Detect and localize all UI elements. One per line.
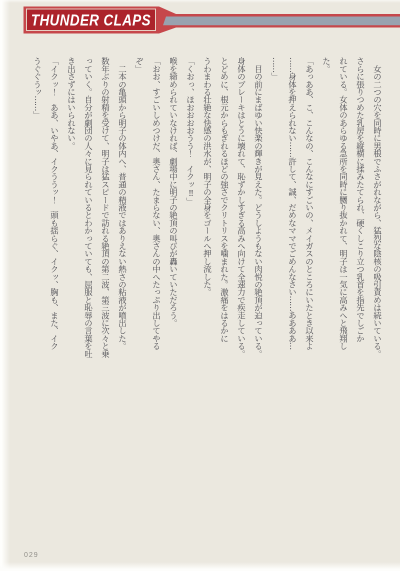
- text-column: 「くおっ、ほおおおおうう！ イクッ‼」: [182, 57, 199, 371]
- text-column: き出さずにはいられない。: [63, 57, 80, 371]
- text-column: うわまわる壮絶な快感の洪水が、明子の全身をゴールへ押し流した。: [199, 57, 216, 371]
- text-column: 女の二つの穴を同時に男根でふさがれながら、猛烈な陰核の吸引責めは続いている。: [369, 57, 386, 371]
- text-column: 「あっああ、こ、こんなの、こんなにすごいの、メイガスのところにいたとき以来よ: [301, 57, 318, 371]
- page-text: 女の二つの穴を同時に男根でふさがれながら、猛烈な陰核の吸引責めは続いている。さら…: [26, 57, 386, 371]
- text-column: っていく。自分が劇団の人々に見られているとわかっていても、屈服と恥辱の言葉を吐: [80, 57, 97, 371]
- text-column: 「イクッ！ ああ、いやあ、イクううッ！ 頭も揺らぐ、イクッ、胸も、また、イク: [46, 57, 63, 371]
- text-column: ……」: [267, 57, 284, 371]
- text-column: 喉を締められていなければ、劇場中に明子の絶頂の叫びが轟いていただろう。: [165, 57, 182, 371]
- text-column: れている。女体のあらゆる急所を同時に嬲り抜かれて、明子は一気に高みへと飛翔し: [335, 57, 352, 371]
- text-column: 「おお、すごいしめつけだ、奥さん、たまらない、奥さんの中へたっぷり出してやる: [148, 57, 165, 371]
- text-column: うぐぐうッ……」: [29, 57, 46, 371]
- page-edge-left: [0, 0, 10, 571]
- page-edge-bottom: [0, 562, 400, 571]
- text-column: た。: [318, 57, 335, 371]
- text-column: 身体のブレーキはとうに壊れて、恥ずかしすぎる高みへ向けて全速力で疾走している。: [233, 57, 250, 371]
- series-title: THUNDER CLAPS: [31, 13, 151, 30]
- page-number: 029: [24, 552, 39, 559]
- text-column: 目の前にまばゆい快楽の輝きが見えた。どうしようもない肉悦の絶頂が迫っている。: [250, 57, 267, 371]
- text-column: とどめに、根元からもぎれるほどの強さでクリトリスを噛まれた。激痛をはるかに: [216, 57, 233, 371]
- series-banner: THUNDER CLAPS: [0, 0, 400, 40]
- book-page: THUNDER CLAPS 女の二つの穴を同時に男根でふさがれながら、猛烈な陰核…: [0, 0, 400, 571]
- text-column: 数年ぶりの射精を受けて、明子は猛スピードで訪れる絶頂の第二波、第三波に次々と乗: [97, 57, 114, 371]
- text-column: ぞ」: [131, 57, 148, 371]
- banner-bar: [163, 17, 400, 26]
- text-column: さらに張りつめた乳房を縦横に揉みたてられ、硬くしこり立つ乳首を指先でしごか: [352, 57, 369, 371]
- text-column: 二本の亀頭から明子の体内へ、普通の精液ではありえない熱さの粘液が噴出した。: [114, 57, 131, 371]
- text-column: ……身体を押えられない……許して、誠、だめなママでごめんなさい……ああああ…: [284, 57, 301, 371]
